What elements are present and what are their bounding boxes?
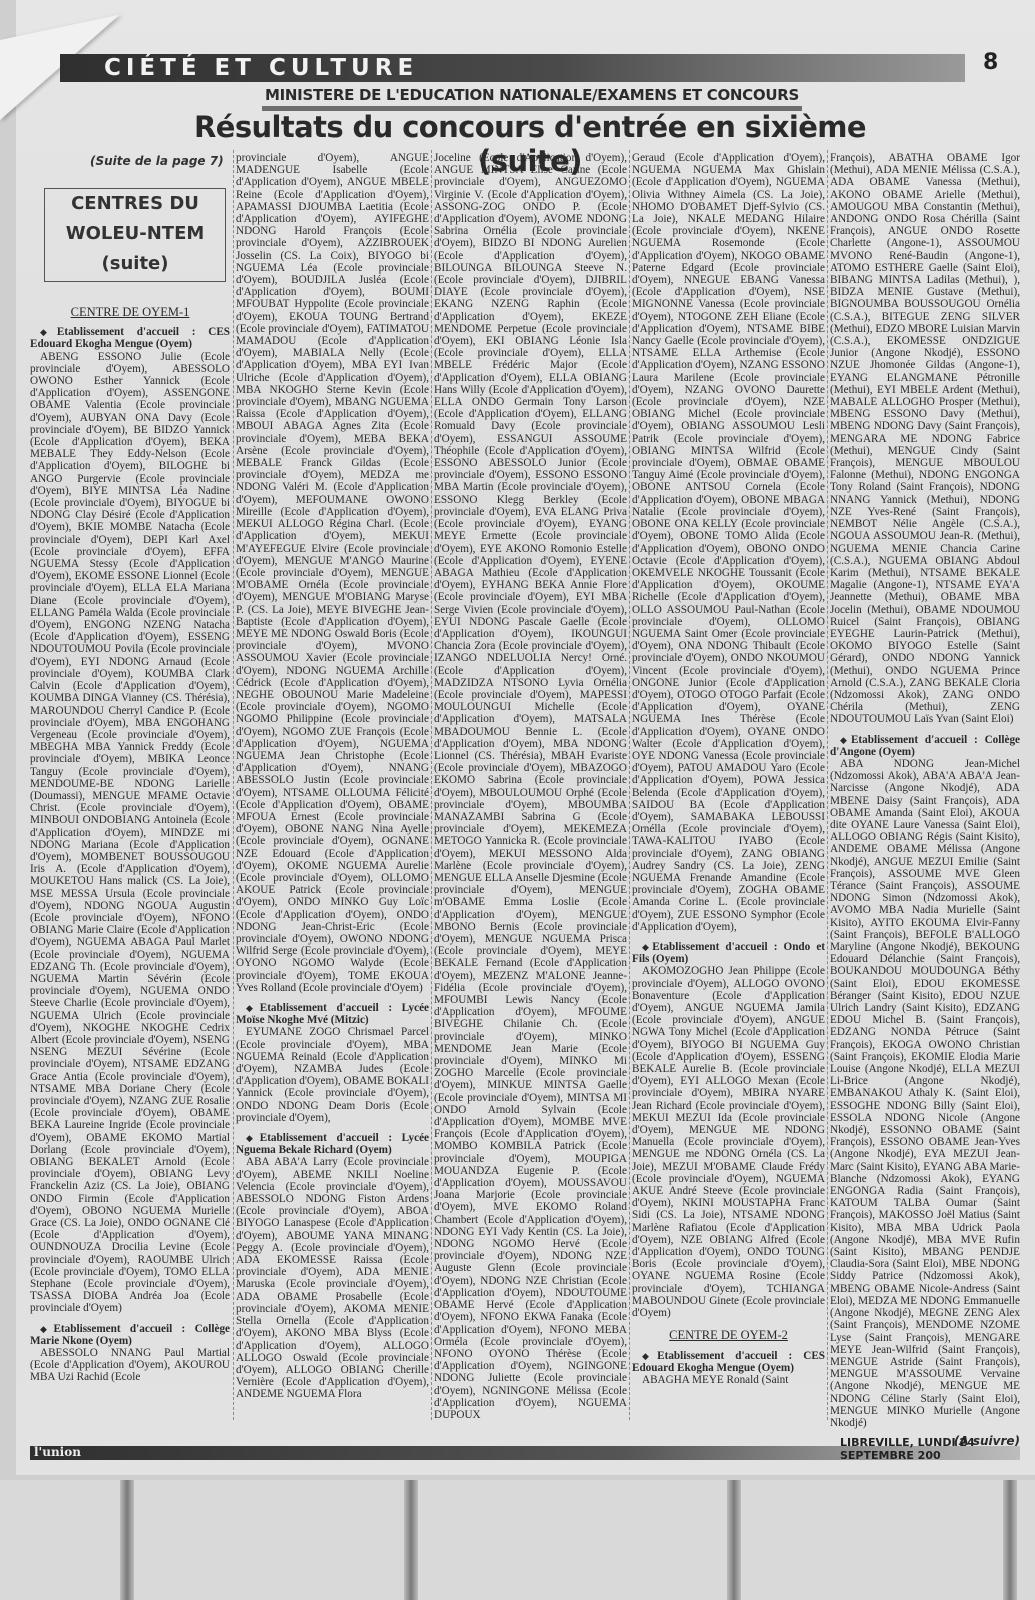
- region-box-line: WOLEU-NTEM: [45, 219, 225, 249]
- dateline: LIBREVILLE, LUNDI 24 SEPTEMBRE 200: [840, 1436, 1035, 1462]
- candidate-list: François), ABATHA OBAME Igor (Methui), A…: [830, 152, 1020, 726]
- candidate-list: ABA ABA'A Larry (Ecole provinciale d'Oye…: [236, 1156, 429, 1400]
- results-column-5: François), ABATHA OBAME Igor (Methui), A…: [830, 152, 1020, 1447]
- region-box: CENTRES DU WOLEU-NTEM (suite): [44, 188, 226, 282]
- candidate-list: provinciale d'Oyem), ANGUE MADENGUE Isab…: [236, 152, 429, 994]
- scanner-stripe: [120, 1480, 134, 1600]
- results-column-4: Geraud (Ecole d'Application d'Oyem), NGU…: [632, 152, 825, 1386]
- candidate-list: ABA NDONG Jean-Michel (Ndzomossi Akok), …: [830, 758, 1020, 1429]
- section-rubric: CIÉTÉ ET CULTURE: [104, 55, 418, 81]
- candidate-list: ABENG ESSONO Julie (Ecole provinciale d'…: [30, 351, 230, 1315]
- candidate-list: ABESSOLO NNANG Paul Martial (Ecole d'App…: [30, 1347, 230, 1384]
- institution-heading: Etablissement d'accueil : Collège Marie …: [30, 1323, 230, 1347]
- continued-from-note: (Suite de la page 7): [90, 154, 224, 168]
- region-box-line: CENTRES DU: [45, 189, 225, 219]
- candidate-list: EYUMANE ZOGO Chrismael Parcel (Ecole pro…: [236, 1026, 429, 1124]
- institution-heading: Etablissement d'accueil : Lycée Nguema B…: [236, 1132, 429, 1156]
- results-column-2: provinciale d'Oyem), ANGUE MADENGUE Isab…: [236, 152, 429, 1401]
- column-divider: [431, 150, 432, 1420]
- column-divider: [233, 150, 234, 1420]
- page-number: 8: [983, 50, 998, 75]
- scanner-stripe: [727, 1480, 741, 1600]
- newspaper-brand: l'union: [34, 1445, 81, 1459]
- column-divider: [827, 150, 828, 1420]
- institution-heading: Etablissement d'accueil : Lycée Moïse Nk…: [236, 1002, 429, 1026]
- exam-centre-heading: CENTRE DE OYEM-1: [30, 306, 230, 318]
- institution-heading: Etablissement d'accueil : CES Edouard Ek…: [30, 326, 230, 350]
- candidate-list: Geraud (Ecole d'Application d'Oyem), NGU…: [632, 152, 825, 933]
- scanner-stripe: [1003, 1480, 1017, 1600]
- results-column-1: CENTRE DE OYEM-1Etablissement d'accueil …: [30, 296, 230, 1384]
- region-box-line: (suite): [45, 249, 225, 279]
- candidate-list: ABAGHA MEYE Ronald (Saint: [632, 1374, 825, 1386]
- institution-heading: Etablissement d'accueil : Ondo et Fils (…: [632, 941, 825, 965]
- column-divider: [629, 150, 630, 1420]
- results-column-3: Joceline (Ecole d'Application d'Oyem), A…: [434, 152, 627, 1421]
- scanner-stripe: [404, 1480, 418, 1600]
- ministry-kicker: MINISTERE DE L'EDUCATION NATIONALE/EXAME…: [262, 86, 802, 104]
- candidate-list: Joceline (Ecole d'Application d'Oyem), A…: [434, 152, 627, 1421]
- candidate-list: AKOMOZOGHO Jean Philippe (Ecole provinci…: [632, 965, 825, 1319]
- scanner-background: [0, 1480, 1035, 1600]
- institution-heading: Etablissement d'accueil : CES Edouard Ek…: [632, 1350, 825, 1374]
- institution-heading: Etablissement d'accueil : Collège d'Ango…: [830, 734, 1020, 758]
- exam-centre-heading: CENTRE DE OYEM-2: [632, 1329, 825, 1341]
